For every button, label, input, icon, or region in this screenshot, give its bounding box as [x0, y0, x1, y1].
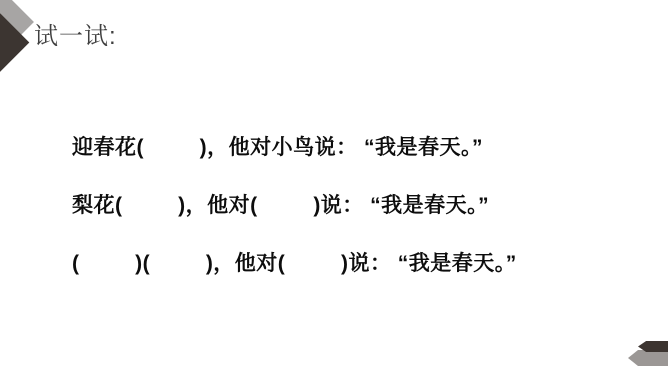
presentation-slide: 试一试: 迎春花( )，他对小鸟说： “我是春天。” 梨花( )，他对( )说：…	[0, 0, 668, 376]
exercise-line-2: 梨花( )，他对( )说： “我是春天。”	[72, 189, 489, 219]
slide-title: 试一试:	[34, 16, 117, 51]
arrow-left-gray-icon	[628, 350, 668, 366]
exercise-line-1: 迎春花( )，他对小鸟说： “我是春天。”	[72, 131, 483, 161]
exercise-line-3: ( )( )，他对( )说： “我是春天。”	[72, 247, 517, 277]
